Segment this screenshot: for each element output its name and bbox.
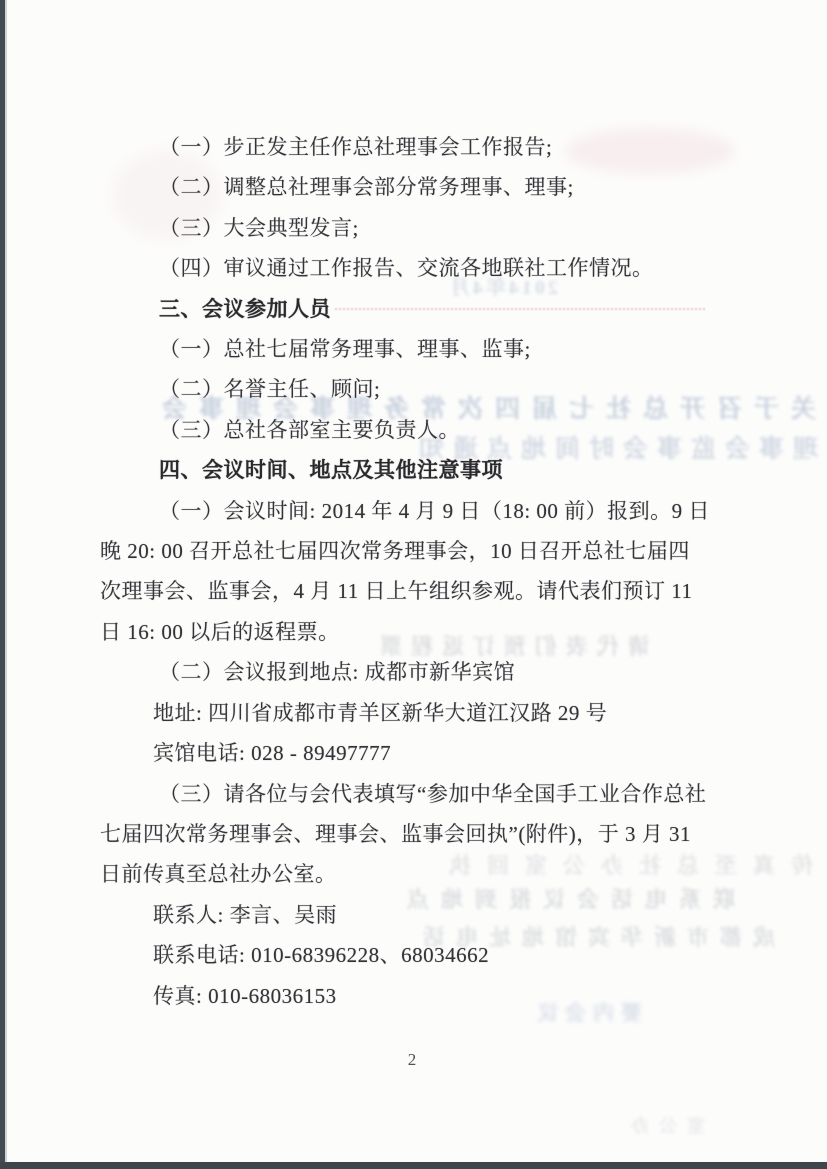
document-line: 联系电话: 010-68396228、68034662 <box>100 935 765 975</box>
document-line: 联系人: 李言、吴雨 <box>100 895 765 935</box>
scanned-page: 2014年4月 关于召开总社七届四次常务理事会理事会 理事会监事会时间地点通知 … <box>0 0 827 1169</box>
document-line: （二）调整总社理事会部分常务理事、理事; <box>100 167 765 207</box>
page-number: 2 <box>400 1050 424 1070</box>
document-line: 传真: 010-68036153 <box>100 976 765 1016</box>
document-line: （三）请各位与会代表填写“参加中华全国手工业合作总社 <box>100 774 765 814</box>
document-body: （一）步正发主任作总社理事会工作报告; （二）调整总社理事会部分常务理事、理事;… <box>100 127 765 1016</box>
document-line: 晚 20: 00 召开总社七届四次常务理事会，10 日召开总社七届四 <box>100 531 765 571</box>
document-line: （二）会议报到地点: 成都市新华宾馆 <box>100 652 765 692</box>
scan-left-edge-shadow <box>5 0 7 1169</box>
bleedthrough-text: 室公办 <box>545 1112 705 1138</box>
document-line: 地址: 四川省成都市青羊区新华大道江汉路 29 号 <box>100 693 765 733</box>
section-heading: 四、会议时间、地点及其他注意事项 <box>100 450 765 490</box>
scan-left-edge <box>0 0 5 1169</box>
document-line: 七届四次常务理事会、理事会、监事会回执”(附件)，于 3 月 31 <box>100 814 765 854</box>
document-line: （二）名誉主任、顾问; <box>100 369 765 409</box>
document-line: （一）会议时间: 2014 年 4 月 9 日（18: 00 前）报到。9 日 <box>100 491 765 531</box>
document-line: 宾馆电话: 028 - 89497777 <box>100 733 765 773</box>
scan-bottom-edge <box>0 1162 827 1169</box>
document-line: （一）步正发主任作总社理事会工作报告; <box>100 127 765 167</box>
document-line: 日前传真至总社办公室。 <box>100 854 765 894</box>
section-heading: 三、会议参加人员 <box>100 289 765 329</box>
document-line: （四）审议通过工作报告、交流各地联社工作情况。 <box>100 248 765 288</box>
document-line: （三）大会典型发言; <box>100 208 765 248</box>
document-line: （三）总社各部室主要负责人。 <box>100 410 765 450</box>
document-line: （一）总社七届常务理事、理事、监事; <box>100 329 765 369</box>
document-line: 次理事会、监事会，4 月 11 日上午组织参观。请代表们预订 11 <box>100 571 765 611</box>
document-line: 日 16: 00 以后的返程票。 <box>100 612 765 652</box>
